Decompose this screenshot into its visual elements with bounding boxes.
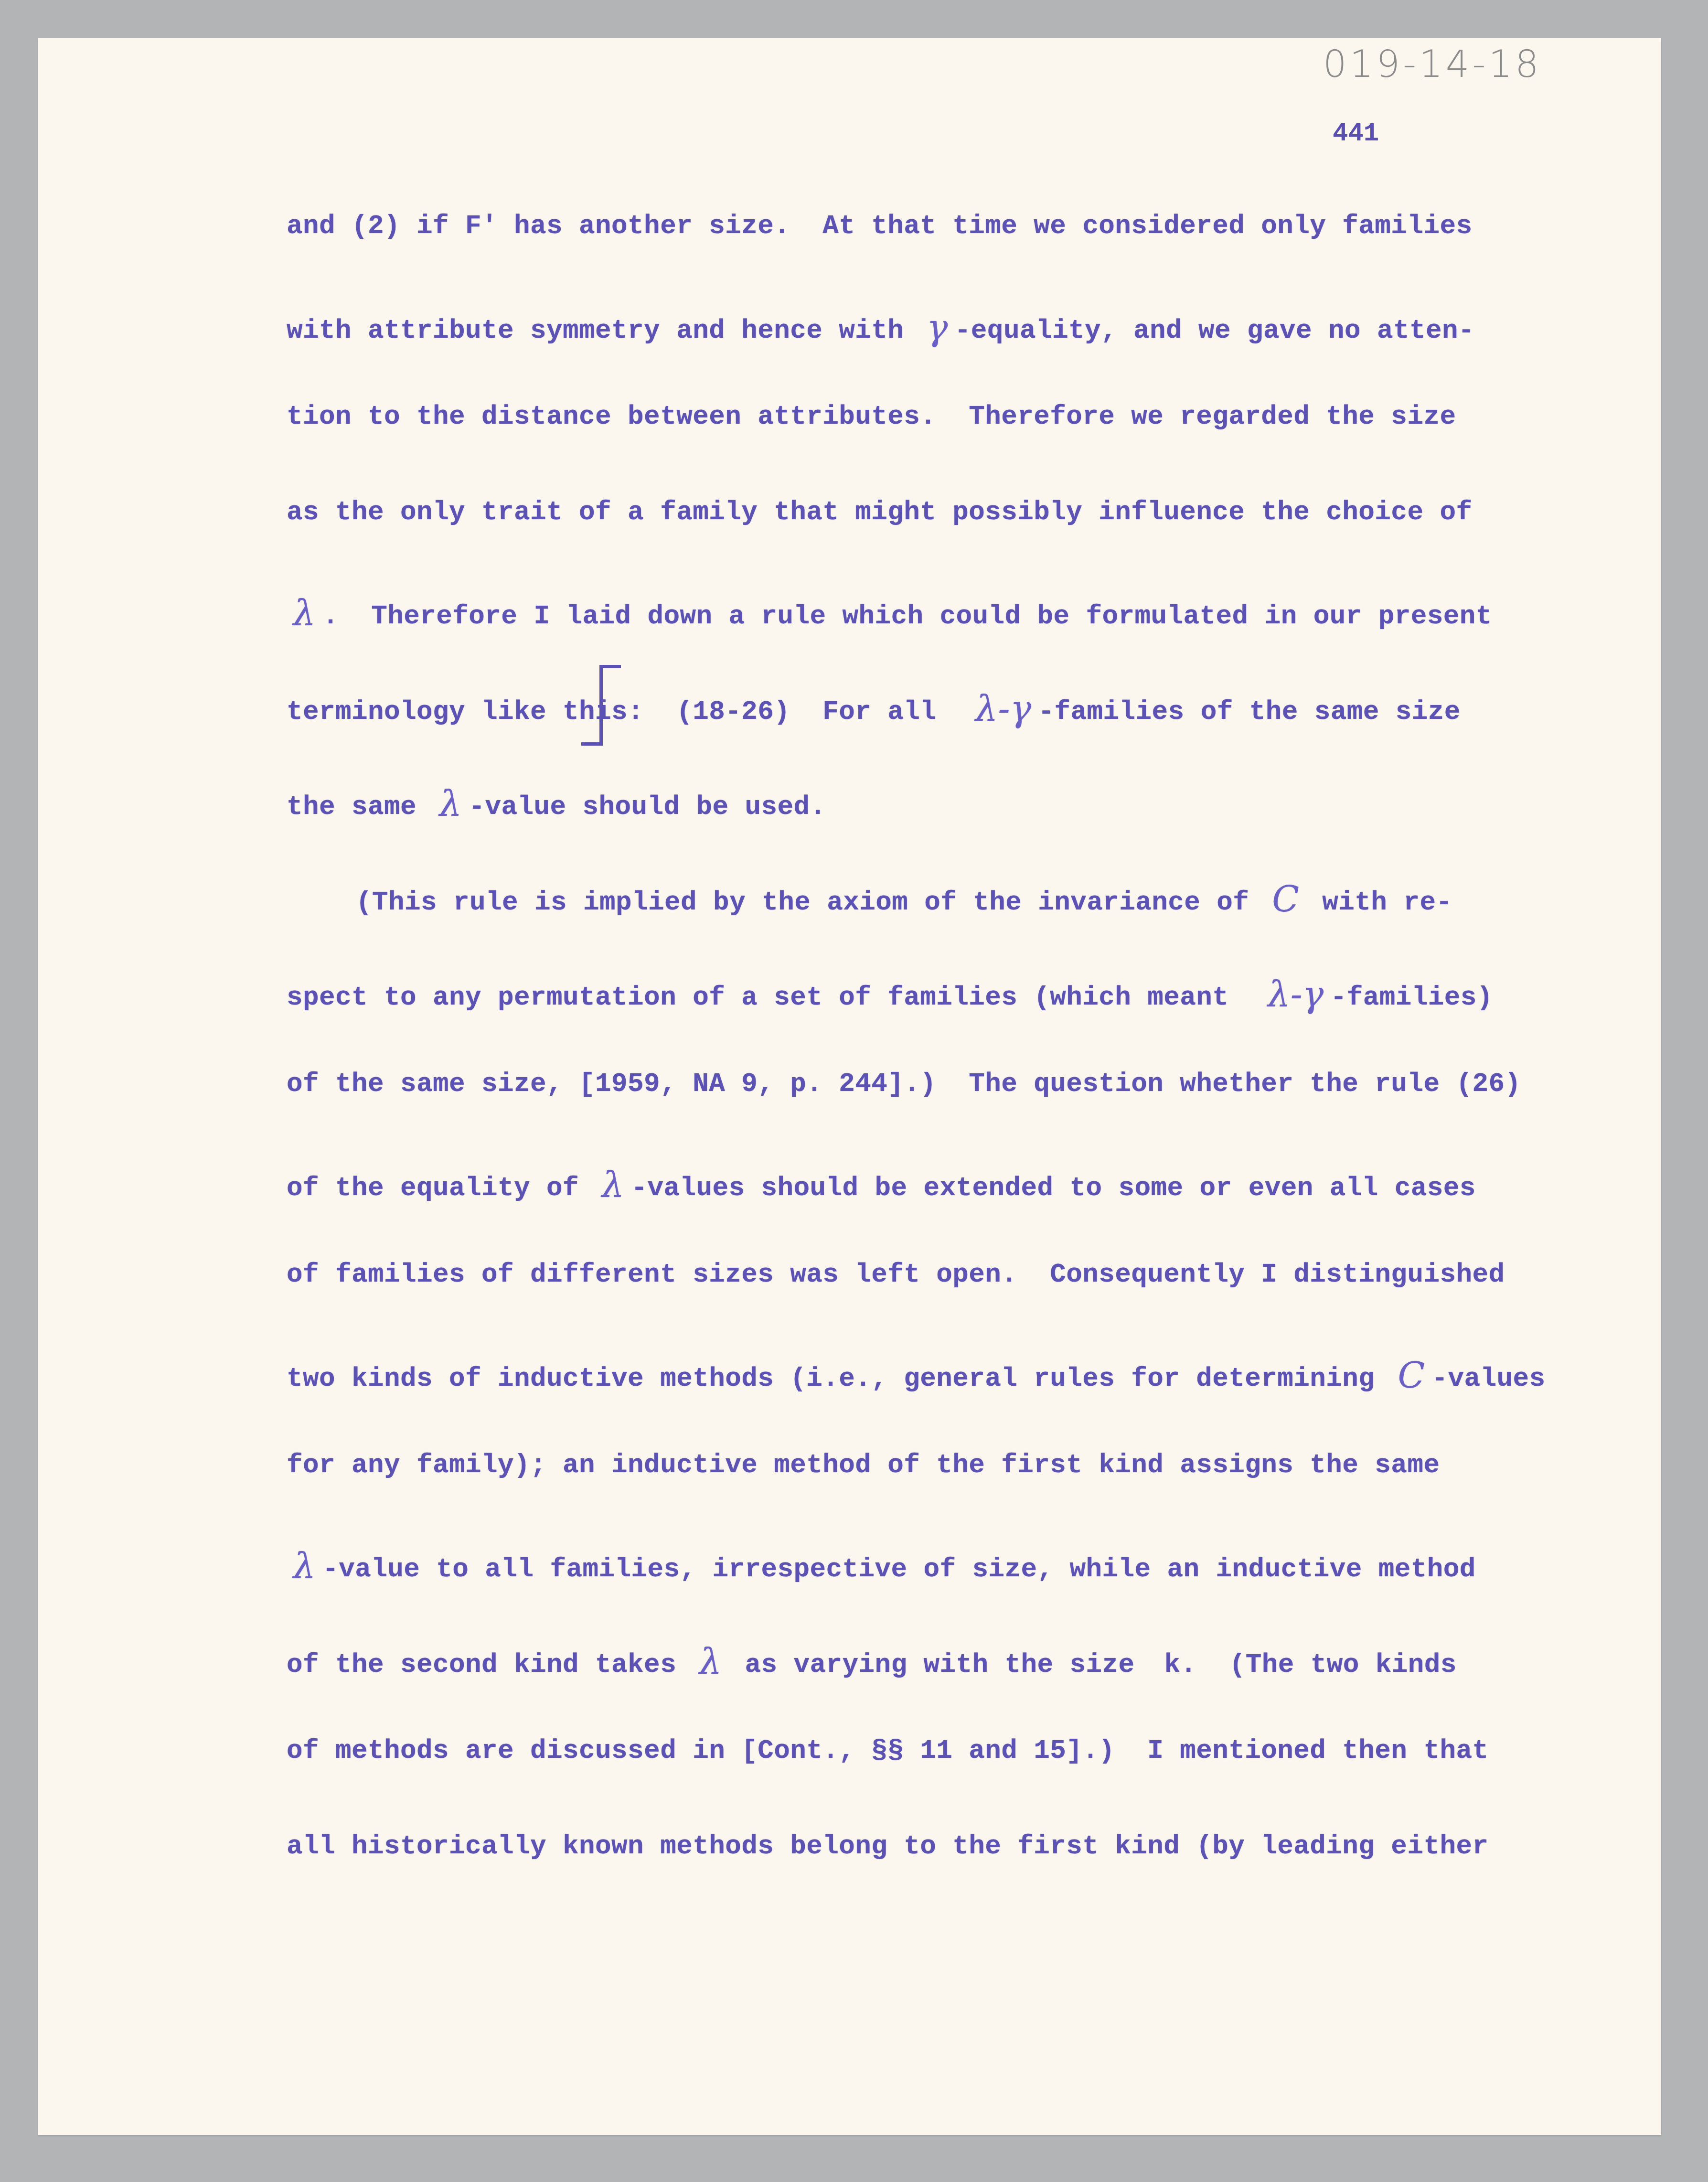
- typed-text: -value to all families, irrespective of …: [322, 1554, 1475, 1584]
- text-line: of the equality of λ-values should be ex…: [287, 1166, 1476, 1201]
- typed-text: tion to the distance between attributes.…: [287, 401, 1456, 432]
- handwritten-symbol: λ: [293, 1549, 316, 1584]
- typed-text: -equality, and we gave no atten-: [955, 315, 1474, 346]
- typed-text: -values should be extended to some or ev…: [631, 1173, 1475, 1203]
- typed-text: for any family); an inductive method of …: [287, 1450, 1440, 1480]
- page-number: 441: [1333, 119, 1379, 149]
- typed-text: . Therefore I laid down a rule which cou…: [322, 601, 1492, 631]
- typed-text: as varying with the size: [728, 1649, 1151, 1680]
- text-line: spect to any permutation of a set of fam…: [287, 975, 1493, 1011]
- text-line: of families of different sizes was left …: [287, 1261, 1505, 1288]
- handwritten-symbol: λ: [602, 1167, 624, 1203]
- handwritten-symbol: λ-γ: [1268, 977, 1324, 1012]
- insertion-bracket-mark: [599, 665, 621, 746]
- archive-id-handwritten: 019-14-18: [1323, 43, 1542, 86]
- text-line: λ-value to all families, irrespective of…: [287, 1547, 1476, 1583]
- typed-text: the same: [287, 792, 433, 822]
- typed-text: k. (The two kinds: [1164, 1649, 1457, 1680]
- typed-text: of the equality of: [287, 1173, 595, 1203]
- text-line: as the only trait of a family that might…: [287, 499, 1472, 525]
- text-line: of the same size, [1959, NA 9, p. 244].)…: [287, 1070, 1521, 1097]
- typed-text: with re-: [1306, 887, 1452, 918]
- text-line: terminology like this: (18-26) For all λ…: [287, 689, 1461, 725]
- handwritten-symbol: λ: [293, 596, 316, 631]
- handwritten-symbol: γ: [927, 310, 948, 345]
- typed-text: two kinds of inductive methods (i.e., ge…: [287, 1363, 1391, 1394]
- text-line: of the second kind takes λ as varying wi…: [287, 1642, 1457, 1678]
- typed-text: spect to any permutation of a set of fam…: [287, 982, 1261, 1013]
- typed-text: -values: [1431, 1363, 1545, 1394]
- typed-text: with attribute symmetry and hence with: [287, 315, 920, 346]
- typed-text: of methods are discussed in [Cont., §§ 1…: [287, 1735, 1488, 1766]
- handwritten-symbol: λ-γ: [975, 691, 1031, 727]
- typed-text: of the same size, [1959, NA 9, p. 244].)…: [287, 1069, 1521, 1099]
- handwritten-symbol: C: [1272, 882, 1299, 917]
- typed-text: -value should be used.: [469, 792, 826, 822]
- typed-text: of families of different sizes was left …: [287, 1259, 1505, 1290]
- text-line: the same λ-value should be used.: [287, 784, 826, 820]
- text-line: for any family); an inductive method of …: [287, 1452, 1440, 1478]
- typed-text: -families of the same size: [1038, 696, 1461, 727]
- handwritten-symbol: C: [1398, 1358, 1425, 1393]
- typed-text: (This rule is implied by the axiom of th…: [356, 887, 1265, 918]
- typed-text: terminology like this: (18-26) For all: [287, 696, 969, 727]
- typed-text: of the second kind takes: [287, 1649, 693, 1680]
- text-line: with attribute symmetry and hence with γ…: [287, 308, 1474, 344]
- text-line: all historically known methods belong to…: [287, 1833, 1488, 1860]
- text-line: (This rule is implied by the axiom of th…: [356, 880, 1452, 916]
- text-line: of methods are discussed in [Cont., §§ 1…: [287, 1737, 1488, 1764]
- handwritten-symbol: λ: [699, 1644, 722, 1679]
- text-line: two kinds of inductive methods (i.e., ge…: [287, 1356, 1545, 1392]
- text-line: and (2) if F' has another size. At that …: [287, 213, 1472, 239]
- handwritten-symbol: λ: [439, 786, 462, 822]
- text-line: tion to the distance between attributes.…: [287, 403, 1456, 430]
- typed-text: and (2) if F' has another size. At that …: [287, 211, 1472, 241]
- typed-text: -families): [1331, 982, 1493, 1013]
- text-line: λ. Therefore I laid down a rule which co…: [287, 594, 1492, 630]
- typed-text: all historically known methods belong to…: [287, 1831, 1488, 1861]
- typed-text: as the only trait of a family that might…: [287, 497, 1472, 527]
